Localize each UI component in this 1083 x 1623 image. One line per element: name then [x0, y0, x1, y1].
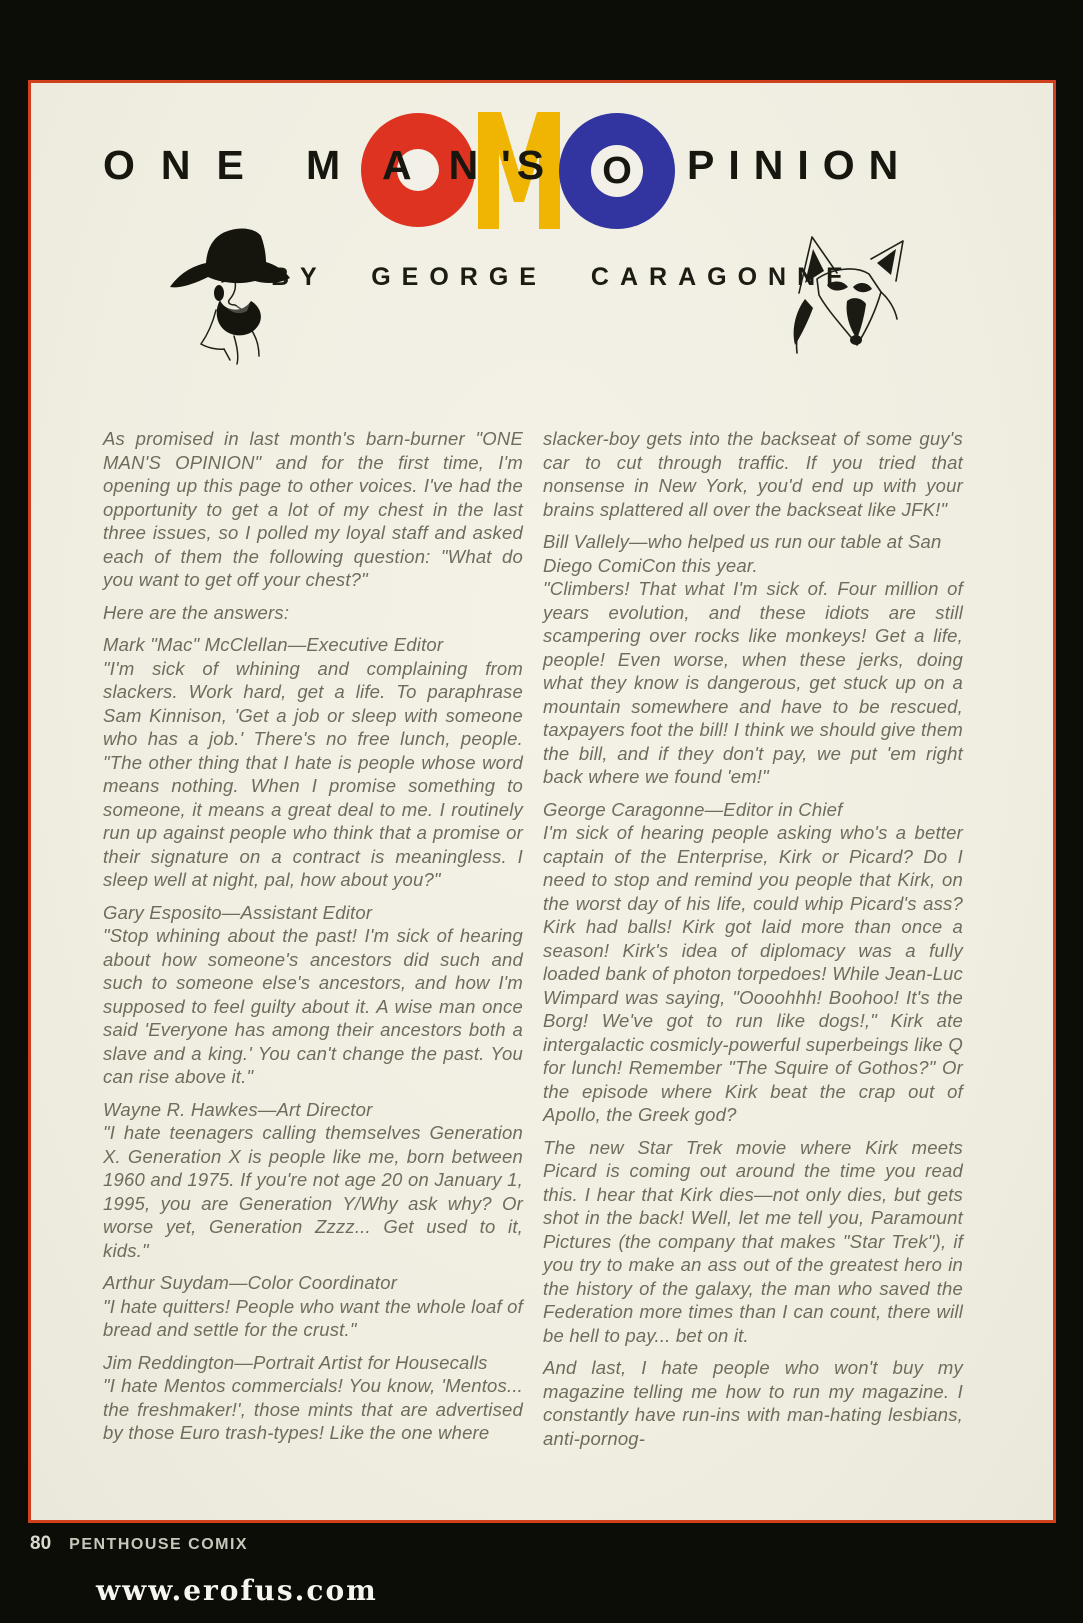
- paragraph-text: "I hate quitters! People who want the wh…: [103, 1295, 523, 1342]
- watermark-url: www.erofus.com: [96, 1574, 378, 1607]
- paragraph-text: As promised in last month's barn-burner …: [103, 427, 523, 592]
- paragraph-text: Here are the answers:: [103, 601, 523, 625]
- title-segment-apos-s: 'S: [501, 145, 550, 186]
- paragraph-heading: Gary Esposito—Assistant Editor: [103, 901, 523, 925]
- paragraph-text: slacker-boy gets into the backseat of so…: [543, 427, 963, 521]
- dog-head-illustration: [769, 229, 954, 379]
- paragraph-heading: George Caragonne—Editor in Chief: [543, 798, 963, 822]
- paragraph: Here are the answers:: [103, 601, 523, 625]
- magazine-page: O ONE M AN 'S PINION BY GEORGE CARAGONNE: [28, 80, 1056, 1523]
- blue-o-hole: O: [591, 145, 643, 197]
- paragraph-heading: Bill Vallely—who helped us run our table…: [543, 530, 963, 577]
- scanned-magazine-page-background: { "masthead": { "title_full": "ONE MAN'S…: [0, 0, 1083, 1623]
- title-segment-an: AN: [382, 145, 515, 186]
- paragraph-text: "I'm sick of whining and complaining fro…: [103, 657, 523, 892]
- paragraph: Bill Vallely—who helped us run our table…: [543, 530, 963, 789]
- paragraph: And last, I hate people who won't buy my…: [543, 1356, 963, 1450]
- paragraph-text: "Stop whining about the past! I'm sick o…: [103, 924, 523, 1089]
- title-letter-o: O: [602, 152, 632, 190]
- title-segment-m: M: [306, 145, 340, 186]
- title-segment-pinion: PINION: [687, 145, 912, 186]
- page-number: 80: [30, 1533, 51, 1555]
- paragraph-text: The new Star Trek movie where Kirk meets…: [543, 1136, 963, 1348]
- article-column-left: As promised in last month's barn-burner …: [103, 427, 523, 1459]
- paragraph-text: I'm sick of hearing people asking who's …: [543, 821, 963, 1127]
- paragraph: As promised in last month's barn-burner …: [103, 427, 523, 592]
- magazine-name: PENTHOUSE COMIX: [69, 1536, 248, 1554]
- article-column-right: slacker-boy gets into the backseat of so…: [543, 427, 963, 1459]
- paragraph: George Caragonne—Editor in ChiefI'm sick…: [543, 798, 963, 1127]
- masthead: O ONE M AN 'S PINION BY GEORGE CARAGONNE: [31, 83, 1053, 413]
- paragraph: Wayne R. Hawkes—Art Director"I hate teen…: [103, 1098, 523, 1263]
- paragraph: Arthur Suydam—Color Coordinator"I hate q…: [103, 1271, 523, 1342]
- paragraph-heading: Jim Reddington—Portrait Artist for House…: [103, 1351, 523, 1375]
- paragraph-text: And last, I hate people who won't buy my…: [543, 1356, 963, 1450]
- paragraph: Mark "Mac" McClellan—Executive Editor"I'…: [103, 633, 523, 892]
- blue-o-graphic: O: [559, 113, 675, 229]
- byline: BY GEORGE CARAGONNE: [271, 263, 854, 292]
- paragraph: slacker-boy gets into the backseat of so…: [543, 427, 963, 521]
- article-body: As promised in last month's barn-burner …: [103, 427, 963, 1459]
- paragraph-heading: Wayne R. Hawkes—Art Director: [103, 1098, 523, 1122]
- paragraph-text: "I hate Mentos commercials! You know, 'M…: [103, 1374, 523, 1445]
- paragraph-text: "Climbers! That what I'm sick of. Four m…: [543, 577, 963, 789]
- cowboy-head-illustration: [164, 216, 304, 371]
- title-segment-one: ONE: [103, 145, 270, 186]
- paragraph-heading: Arthur Suydam—Color Coordinator: [103, 1271, 523, 1295]
- paragraph: The new Star Trek movie where Kirk meets…: [543, 1136, 963, 1348]
- paragraph: Jim Reddington—Portrait Artist for House…: [103, 1351, 523, 1445]
- page-footer: 80 PENTHOUSE COMIX: [30, 1533, 248, 1555]
- paragraph: Gary Esposito—Assistant Editor"Stop whin…: [103, 901, 523, 1089]
- paragraph-text: "I hate teenagers calling themselves Gen…: [103, 1121, 523, 1262]
- paragraph-heading: Mark "Mac" McClellan—Executive Editor: [103, 633, 523, 657]
